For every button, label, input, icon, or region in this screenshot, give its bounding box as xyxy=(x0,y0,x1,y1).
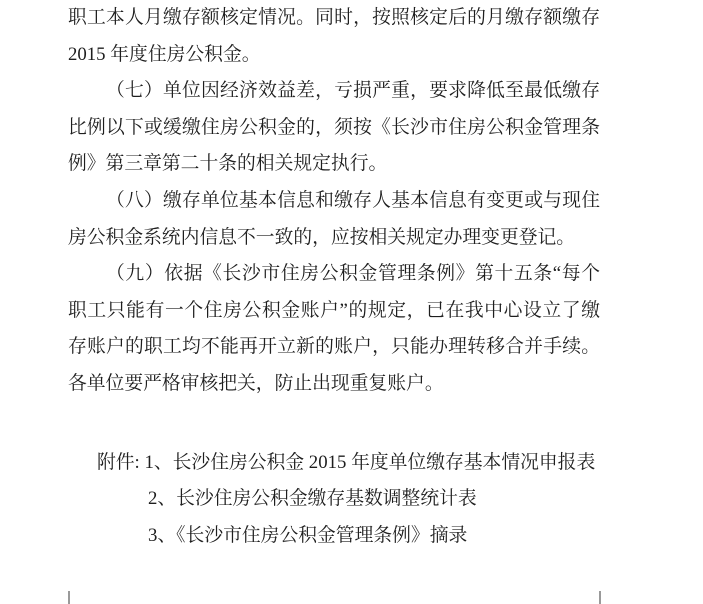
page-margin-mark-right xyxy=(599,591,601,604)
body-line: （七）单位因经济效益差，亏损严重，要求降低至最低缴存 xyxy=(68,73,600,110)
body-line: 比例以下或缓缴住房公积金的，须按《长沙市住房公积金管理条 xyxy=(68,110,600,147)
document-page: 职工本人月缴存额核定情况。同时，按照核定后的月缴存额缴存 2015 年度住房公积… xyxy=(0,0,703,604)
document-body: 职工本人月缴存额核定情况。同时，按照核定后的月缴存额缴存 2015 年度住房公积… xyxy=(68,0,600,554)
body-line: 存账户的职工均不能再开立新的账户，只能办理转移合并手续。 xyxy=(68,329,600,366)
body-line: 房公积金系统内信息不一致的，应按相关规定办理变更登记。 xyxy=(68,220,600,257)
page-margin-mark-left xyxy=(68,591,70,604)
attachment-item: 3、《长沙市住房公积金管理条例》摘录 xyxy=(68,518,600,555)
body-line: 职工只能有一个住房公积金账户”的规定，已在我中心设立了缴 xyxy=(68,293,600,330)
attachments-label: 附件: 1、长沙住房公积金 2015 年度单位缴存基本情况申报表 xyxy=(68,445,600,482)
body-line: 各单位要严格审核把关，防止出现重复账户。 xyxy=(68,366,600,403)
body-line: 例》第三章第二十条的相关规定执行。 xyxy=(68,146,600,183)
body-line: 2015 年度住房公积金。 xyxy=(68,37,600,74)
attachments-block: 附件: 1、长沙住房公积金 2015 年度单位缴存基本情况申报表 2、长沙住房公… xyxy=(68,445,600,555)
attachment-item: 2、长沙住房公积金缴存基数调整统计表 xyxy=(68,481,600,518)
body-line: （九）依据《长沙市住房公积金管理条例》第十五条“每个 xyxy=(68,256,600,293)
body-line: 职工本人月缴存额核定情况。同时，按照核定后的月缴存额缴存 xyxy=(68,0,600,37)
body-line: （八）缴存单位基本信息和缴存人基本信息有变更或与现住 xyxy=(68,183,600,220)
